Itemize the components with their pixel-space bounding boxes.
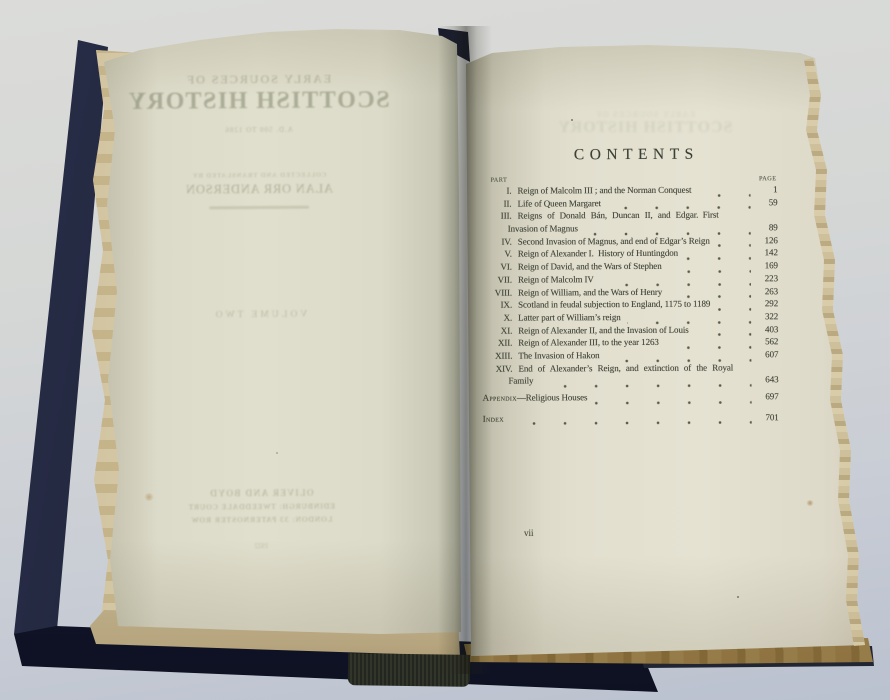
ghost-author-name: ALAN ORR ANDERSON xyxy=(91,181,427,198)
dust-speck xyxy=(737,596,739,598)
toc-entry: XIV. End of Alexander’s Reign, and extin… xyxy=(482,362,778,389)
dot-leader xyxy=(696,328,752,337)
entry-page-number: 697 xyxy=(755,391,779,401)
entry-title: Reign of William, and the Wars of Henry xyxy=(518,286,662,297)
dot-leader xyxy=(717,239,751,248)
entry-page-number: 263 xyxy=(754,286,778,296)
dot-leader xyxy=(511,416,752,426)
column-header-page: PAGE xyxy=(759,175,777,182)
toc-entry: XI. Reign of Alexander II, and the Invas… xyxy=(482,324,778,338)
dot-leader xyxy=(594,395,751,405)
entry-page-number: 126 xyxy=(754,235,778,245)
entry-title: Reign of David, and the Wars of Stephen xyxy=(518,261,662,272)
dot-leader xyxy=(669,264,751,273)
ghost-series-title-faint: EARLY SOURCES OF xyxy=(500,110,790,119)
ghost-byline-label: COLLECTED AND TRANSLATED BY xyxy=(91,171,427,180)
ghost-series-title: EARLY SOURCES OF xyxy=(90,71,426,88)
toc-entry: VIII. Reign of William, and the Wars of … xyxy=(482,286,778,300)
contents-heading: CONTENTS xyxy=(481,145,777,165)
toc-entry-index: Index 701 xyxy=(483,412,779,426)
gutter-shadow xyxy=(438,26,492,674)
entry-page-number: 607 xyxy=(754,349,778,359)
ghost-volume-label: VOLUME TWO xyxy=(92,309,428,321)
contents-column-headers: PART PAGE xyxy=(481,175,777,184)
entry-title: End of Alexander’s Reign, and extinction… xyxy=(518,362,778,373)
book-photo: EARLY SOURCES OF SCOTTISH HISTORY A.D. 5… xyxy=(0,0,890,700)
toc-entry: III. Reigns of Donald Bán, Duncan II, an… xyxy=(482,210,778,237)
toc-entry: VII. Reign of Malcolm IV 223 xyxy=(482,273,778,287)
column-header-part: PART xyxy=(490,177,507,184)
toc-entry: V. Reign of Alexander I. History of Hunt… xyxy=(482,248,778,262)
entry-page-number: 403 xyxy=(754,324,778,334)
entry-page-number: 643 xyxy=(754,375,778,385)
entry-title: The Invasion of Hakon xyxy=(518,350,599,360)
entry-line-2: Family 643 xyxy=(482,375,778,389)
entry-title: Latter part of William’s reign xyxy=(518,312,621,323)
entry-page-number: 223 xyxy=(754,273,778,283)
dot-leader xyxy=(585,226,751,236)
dot-leader xyxy=(540,378,751,388)
entry-title: Scotland in feudal subjection to England… xyxy=(518,299,710,310)
ghost-smudge-line xyxy=(209,206,309,210)
entry-title-continued: Family xyxy=(508,376,533,386)
ghost-subtitle: A.D. 500 TO 1286 xyxy=(91,125,427,135)
table-of-contents: CONTENTS PART PAGE I. Reign of Malcolm I… xyxy=(481,145,778,426)
entry-title: Reign of Malcolm IV xyxy=(518,274,594,284)
toc-entry: IX. Scotland in feudal subjection to Eng… xyxy=(482,298,778,312)
dot-leader xyxy=(628,315,752,325)
entry-line-2: Invasion of Magnus 89 xyxy=(482,222,778,236)
toc-entry: VI. Reign of David, and the Wars of Step… xyxy=(482,260,778,274)
ghost-publisher-city1: EDINBURGH: TWEEDDALE COURT xyxy=(93,501,429,512)
toc-entry: IV. Second Invasion of Magnus, and end o… xyxy=(482,235,778,249)
toc-entry: I. Reign of Malcolm III ; and the Norman… xyxy=(481,184,777,198)
dot-leader xyxy=(717,302,751,311)
dot-leader xyxy=(669,290,751,299)
dust-speck xyxy=(571,119,573,121)
left-page-showthrough-text: EARLY SOURCES OF SCOTTISH HISTORY A.D. 5… xyxy=(90,59,430,581)
entry-page-number: 142 xyxy=(754,248,778,258)
ghost-main-title-faint: SCOTTISH HISTORY xyxy=(500,119,790,137)
entry-page-number: 322 xyxy=(754,311,778,321)
entry-page-number: 292 xyxy=(754,298,778,308)
entry-page-number: 701 xyxy=(755,412,779,422)
folio-page-number: vii xyxy=(524,528,534,538)
ghost-main-title: SCOTTISH HISTORY xyxy=(90,87,426,116)
ghost-publisher-city2: LONDON: 33 PATERNOSTER ROW xyxy=(93,514,429,525)
dot-leader xyxy=(666,340,752,349)
entry-page-number: 562 xyxy=(754,336,778,346)
right-page-showthrough-text: EARLY SOURCES OF SCOTTISH HISTORY xyxy=(500,110,790,137)
toc-entry: XII. Reign of Alexander III, to the year… xyxy=(482,336,778,350)
dot-leader xyxy=(685,252,751,261)
entry-page-number: 59 xyxy=(754,197,778,207)
dot-leader xyxy=(601,277,751,287)
dot-leader xyxy=(698,188,750,197)
entry-page-number: 89 xyxy=(754,222,778,232)
toc-entry-appendix: Appendix —Religious Houses 697 xyxy=(483,391,779,405)
entry-title: Life of Queen Margaret xyxy=(518,198,601,208)
entry-title: Reign of Alexander III, to the year 1263 xyxy=(518,337,659,348)
entry-page-number: 169 xyxy=(754,260,778,270)
foxing-spot xyxy=(806,500,814,506)
foxing-spot xyxy=(144,493,154,501)
ghost-year: 1922 xyxy=(94,541,430,551)
entry-title: Reign of Alexander I. History of Hunting… xyxy=(518,248,678,259)
entry-title: Reigns of Donald Bán, Duncan II, and Edg… xyxy=(518,210,778,221)
appendix-title: —Religious Houses xyxy=(517,392,588,402)
entry-title-continued: Invasion of Magnus xyxy=(508,223,578,233)
entry-page-number: 1 xyxy=(753,184,777,194)
dust-speck xyxy=(276,452,278,454)
entry-title: Reign of Alexander II, and the Invasion … xyxy=(518,324,688,335)
toc-entry: X. Latter part of William’s reign 322 xyxy=(482,311,778,325)
entry-title: Second Invasion of Magnus, and end of Ed… xyxy=(518,235,710,246)
entry-title: Reign of Malcolm III ; and the Norman Co… xyxy=(517,185,691,196)
